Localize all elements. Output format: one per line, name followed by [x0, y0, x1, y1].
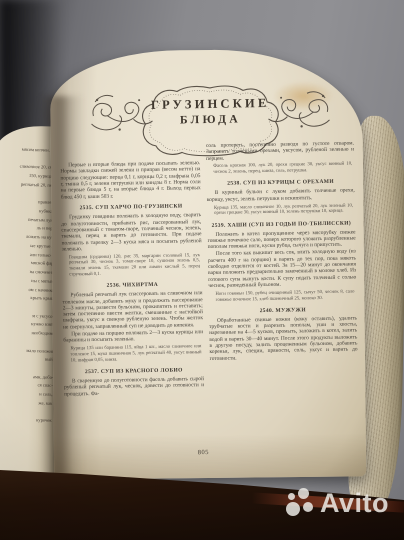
book-gutter-shadow [40, 96, 84, 480]
right-page: ГРУЗИНСКИЕ БЛЮДА Первые и вторые блюда п… [50, 48, 366, 479]
recipe-paragraph: В куриный бульон с луком добавить толчен… [207, 188, 355, 203]
ingredients-note: Курица 135 или баранина 115, яйца 1 шт.,… [70, 344, 201, 363]
recipe-heading-muzhuzhi: 2540. МУЖУЖИ [209, 306, 357, 315]
recipe-paragraph: В сваренную до полуготовности фасоль доб… [64, 376, 204, 397]
photo-open-cookbook: мясом копчен. буль- но. сливочное 20, см… [0, 0, 404, 540]
right-text-column: соль протереть, постепенно разводя по гу… [206, 140, 358, 363]
recipe-paragraph: Положить в котел пропущенное через мясор… [207, 229, 355, 251]
continuation-paragraph: соль протереть, постепенно разводя по гу… [206, 140, 354, 162]
ingredients-note: Говядина (грудинка) 120, рис 35, маргари… [69, 253, 200, 278]
ingredients-note: Ноги говяжьи 150, рубец очищенный 125, с… [215, 289, 354, 303]
avito-watermark: Avito [286, 488, 389, 519]
recipe-heading-chicken-walnut: 2538. СУП ИЗ КУРИЦЫ С ОРЕХАМИ [207, 179, 355, 188]
page-number: 805 [39, 446, 367, 459]
ingredients-note: Курица 135, масло сливочное 10, лук репч… [214, 203, 353, 217]
recipe-paragraph: После того как выкипит весь сок, влить х… [208, 249, 357, 289]
recipe-heading-lobio: 2537. СУП ИЗ КРАСНОГО ЛОБИО [64, 367, 204, 375]
recipe-heading-khashi: 2539. ХАШИ (СУП ИЗ ГОДЬИ ПО-ТБИЛИССКИ) [207, 220, 355, 229]
ingredients-note: Фасоль красная 100, лук 20, орехи грецки… [213, 162, 352, 176]
avito-watermark-text: Avito [320, 490, 389, 517]
recipe-paragraph: При подаче на порцию положить 2—3 куска … [63, 329, 203, 344]
recipe-paragraph: Обработанные свиные ножки (кожу оставить… [209, 315, 358, 362]
page-content: ГРУЗИНСКИЕ БЛЮДА Первые и вторые блюда п… [48, 47, 367, 480]
avito-logo-icon [286, 488, 316, 519]
section-title: ГРУЗИНСКИЕ БЛЮДА [89, 95, 331, 128]
section-title-line1: ГРУЗИНСКИЕ [89, 95, 331, 114]
